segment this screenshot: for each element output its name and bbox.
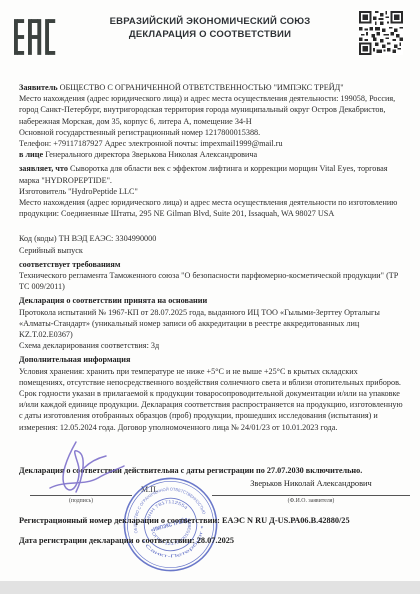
registration-number: ЕАЭС N RU Д-US.РА06.В.42880/25 xyxy=(220,516,350,525)
applicant-contacts: Телефон: +79117187927 Адрес электронной … xyxy=(19,138,405,149)
qr-code xyxy=(359,11,403,55)
registration-date-line: Дата регистрации декларации о соответств… xyxy=(19,536,419,545)
union-name: ЕВРАЗИЙСКИЙ ЭКОНОМИЧЕСКИЙ СОЮЗ xyxy=(60,16,360,29)
basis-label: Декларация о соответствии принята на осн… xyxy=(19,295,405,306)
document-header: ЕВРАЗИЙСКИЙ ЭКОНОМИЧЕСКИЙ СОЮЗ ДЕКЛАРАЦИ… xyxy=(60,16,360,41)
regulation-line: Технического регламента Таможенного союз… xyxy=(19,270,405,292)
complies-label: соответствует требованиям xyxy=(19,259,405,270)
declares-label: заявляет, что xyxy=(19,164,68,173)
name-line xyxy=(212,495,410,496)
registration-date: 28.07.2025 xyxy=(195,536,234,545)
applicant-ogrn: Основной государственный регистрационный… xyxy=(19,127,405,138)
additional-info-text: Условия хранения: хранить при температур… xyxy=(19,366,405,433)
declares-line: заявляет, что Сыворотка для области век … xyxy=(19,163,405,185)
applicant-label: Заявитель xyxy=(19,83,58,92)
name-caption: (Ф.И.О. заявителя) xyxy=(212,498,410,504)
tnved-code-line: Код (коды) ТН ВЭД ЕАЭС: 3304990000 xyxy=(19,233,405,244)
applicant-line: Заявитель ОБЩЕСТВО С ОГРАНИЧЕННОЙ ОТВЕТС… xyxy=(19,82,405,93)
release-type-line: Серийный выпуск xyxy=(19,245,405,256)
signature-line xyxy=(30,495,132,496)
document-title: ДЕКЛАРАЦИЯ О СООТВЕТСТВИИ xyxy=(60,29,360,42)
basis-text: Протокола испытаний № 1967-КП от 28.07.2… xyxy=(19,307,405,341)
registration-number-line: Регистрационный номер декларации о соотв… xyxy=(19,516,419,525)
applicant-address: Место нахождения (адрес юридического лиц… xyxy=(19,93,405,127)
additional-info-label: Дополнительная информация xyxy=(19,354,405,365)
eac-mark-logo xyxy=(14,15,56,59)
signature-caption: (подпись) xyxy=(30,498,132,504)
declaration-document: ЕВРАЗИЙСКИЙ ЭКОНОМИЧЕСКИЙ СОЮЗ ДЕКЛАРАЦИ… xyxy=(0,0,420,594)
represented-by-label: в лице xyxy=(19,150,43,159)
manufacturer-line: Изготовитель "HydroPeptide LLC" xyxy=(19,186,405,197)
document-body: Заявитель ОБЩЕСТВО С ОГРАНИЧЕННОЙ ОТВЕТС… xyxy=(19,82,405,433)
signatory-name: Зверьков Николай Александрович xyxy=(212,479,410,488)
manufacturer-address: Место нахождения (адрес юридического лиц… xyxy=(19,197,405,219)
scan-edge-strip xyxy=(0,581,420,594)
represented-by-line: в лице Генерального директора Зверькова … xyxy=(19,149,405,160)
scheme-line: Схема декларирования соответствия: 3д xyxy=(19,340,405,351)
